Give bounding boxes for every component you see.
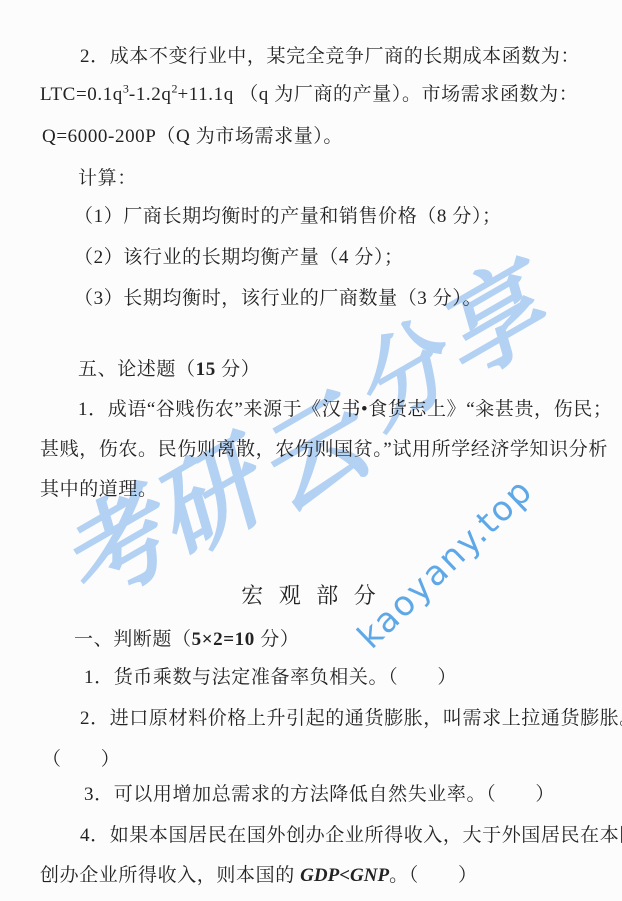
judge-q4-text: 创办企业所得收入，则本国的 <box>40 865 300 886</box>
micro-q2-sub2: （2）该行业的长期均衡产量（4 分）； <box>74 246 404 270</box>
heading-points: 15 <box>196 359 216 380</box>
heading-text: 一、判断题（ <box>74 629 192 650</box>
formula-part: +11.1q （q 为厂商的产量）。市场需求函数为： <box>177 84 578 105</box>
judge-q4-line1: 4．如果本国居民在国外创办企业所得收入，大于外国居民在本国 <box>80 824 622 848</box>
judge-section-heading: 一、判断题（5×2=10 分） <box>74 628 299 652</box>
judge-q3: 3．可以用增加总需求的方法降低自然失业率。（ ） <box>84 783 555 807</box>
micro-q2-intro: 2．成本不变行业中，某完全竞争厂商的长期成本函数为： <box>80 45 580 69</box>
judge-q2-line1: 2．进口原材料价格上升引起的通货膨胀，叫需求上拉通货膨胀。 <box>80 707 622 731</box>
heading-points: 5×2=10 <box>192 629 255 650</box>
macro-section-title: 宏 观 部 分 <box>0 584 622 608</box>
judge-q4-text: 。（ ） <box>389 865 478 886</box>
essay-q1-line2: 甚贱，伤农。民伤则离散，农伤则国贫。”试用所学经济学知识分析 <box>40 438 608 462</box>
heading-text: 分） <box>216 359 261 380</box>
heading-text: 分） <box>255 629 300 650</box>
essay-q1-line1: 1．成语“谷贱伤农”来源于《汉书•食货志上》“籴甚贵，伤民； <box>78 398 612 422</box>
watermark-url: kaoyany.top <box>350 470 541 656</box>
micro-q2-ltc-formula: LTC=0.1q3-1.2q2+11.1q （q 为厂商的产量）。市场需求函数为… <box>40 83 578 107</box>
judge-q2-line2: （ ） <box>42 748 120 772</box>
micro-q2-calc-label: 计算： <box>78 167 137 191</box>
heading-text: 五、论述题（ <box>78 359 196 380</box>
micro-q2-demand-function: Q=6000-200P（Q 为市场需求量）。 <box>42 125 343 149</box>
micro-q2-sub1: （1）厂商长期均衡时的产量和销售价格（8 分）； <box>74 205 502 229</box>
judge-q1: 1．货币乘数与法定准备率负相关。（ ） <box>84 666 457 690</box>
judge-q4-line2: 创办企业所得收入，则本国的 GDP<GNP。（ ） <box>40 864 478 888</box>
essay-q1-line3: 其中的道理。 <box>40 478 158 502</box>
judge-q4-gdp-gnp: GDP<GNP <box>300 865 389 886</box>
formula-part: LTC=0.1q <box>40 84 123 105</box>
exam-page: 考 研 云 分 享 kaoyany.top 2．成本不变行业中，某完全竞争厂商的… <box>0 0 622 901</box>
micro-q2-sub3: （3）长期均衡时，该行业的厂商数量（3 分）。 <box>74 287 482 311</box>
formula-part: -1.2q <box>129 84 172 105</box>
essay-section-heading: 五、论述题（15 分） <box>78 358 260 382</box>
